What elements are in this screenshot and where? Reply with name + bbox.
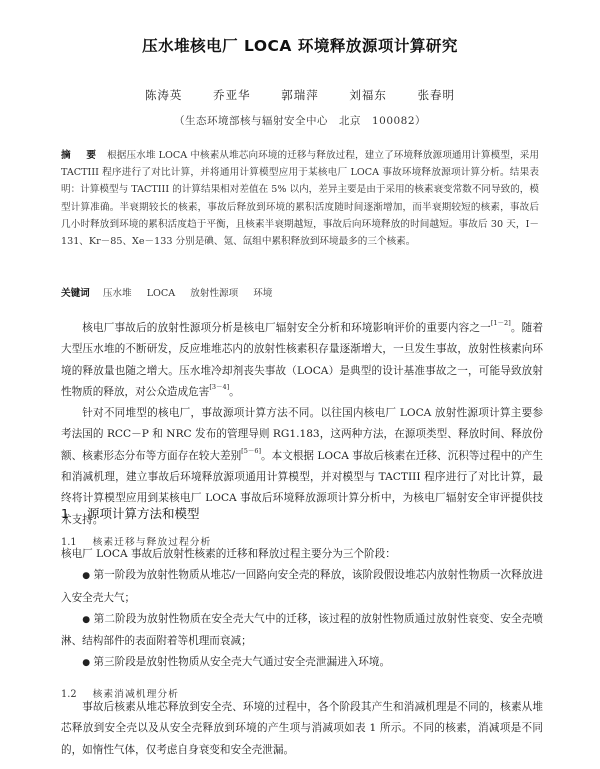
bullet-item: ● 第一阶段为放射性物质从堆芯/一回路向安全壳的释放，该阶段假设堆芯内放射性物质… [61, 565, 543, 609]
section-heading: 1源项计算方法和模型 [61, 504, 199, 522]
section-title: 源项计算方法和模型 [87, 506, 200, 521]
author: 乔亚华 [213, 88, 251, 102]
keyword: 放射性源项 [190, 288, 238, 299]
citation: [3－4] [209, 383, 229, 391]
bullet-item: ● 第二阶段为放射性物质在安全壳大气中的迁移，该过程的放射性物质通过放射性衰变、… [61, 609, 543, 653]
bullet-text: 第三阶段是放射性物质从安全壳大气通过安全壳泄漏进入环境。 [93, 656, 390, 668]
keywords: 关键词 压水堆 LOCA 放射性源项 环境 [61, 285, 539, 299]
abstract: 摘 要根据压水堆 LOCA 中核素从堆芯向环境的迁移与释放过程，建立了环境释放源… [61, 147, 539, 250]
keywords-label: 关键词 [61, 288, 90, 299]
keyword: LOCA [147, 288, 176, 299]
author: 陈涛英 [145, 88, 183, 102]
bullet-text: 第一阶段为放射性物质从堆芯/一回路向安全壳的释放，该阶段假设堆芯内放射性物质一次… [61, 569, 543, 603]
bullet-icon: ● [82, 658, 90, 668]
affiliation: （生态环境部核与辐射安全中心 北京 100082） [0, 113, 600, 128]
citation: [1－2] [491, 319, 511, 327]
introduction: 核电厂事故后的放射性源项分析是核电厂辐射安全分析和环境影响评价的重要内容之一[1… [61, 318, 543, 531]
lead-paragraph: 核电厂 LOCA 事故后放射性核素的迁移和释放过程主要分为三个阶段： [61, 544, 543, 565]
citation: [5－6] [241, 447, 261, 455]
author: 张春明 [418, 88, 456, 102]
bullet-icon: ● [82, 571, 90, 581]
abstract-text: 根据压水堆 LOCA 中核素从堆芯向环境的迁移与释放过程，建立了环境释放源项通用… [61, 150, 539, 247]
author: 刘福东 [349, 88, 387, 102]
keyword: 环境 [253, 288, 272, 299]
abstract-label: 摘 要 [61, 150, 99, 161]
text-run: 核电厂事故后的放射性源项分析是核电厂辐射安全分析和环境影响评价的重要内容之一 [82, 322, 491, 334]
subsection-1-2-body: 事故后核素从堆芯释放到安全壳、环境的过程中，各个阶段其产生和消减机理是不同的，核… [61, 697, 543, 761]
subsection-1-1-body: 核电厂 LOCA 事故后放射性核素的迁移和释放过程主要分为三个阶段： ● 第一阶… [61, 544, 543, 675]
text-run: 。 [229, 386, 240, 398]
author: 郭瑞萍 [281, 88, 319, 102]
keyword: 压水堆 [103, 288, 132, 299]
paper-title: 压水堆核电厂 LOCA 环境释放源项计算研究 [0, 34, 600, 56]
bullet-item: ● 第三阶段是放射性物质从安全壳大气通过安全壳泄漏进入环境。 [61, 652, 543, 674]
section-number: 1 [61, 506, 69, 521]
bullet-text: 第二阶段为放射性物质在安全壳大气中的迁移，该过程的放射性物质通过放射性衰变、安全… [61, 613, 543, 647]
author-list: 陈涛英 乔亚华 郭瑞萍 刘福东 张春明 [0, 87, 600, 103]
intro-paragraph-1: 核电厂事故后的放射性源项分析是核电厂辐射安全分析和环境影响评价的重要内容之一[1… [61, 318, 543, 403]
bullet-icon: ● [82, 615, 90, 625]
paragraph: 事故后核素从堆芯释放到安全壳、环境的过程中，各个阶段其产生和消减机理是不同的，核… [61, 697, 543, 761]
